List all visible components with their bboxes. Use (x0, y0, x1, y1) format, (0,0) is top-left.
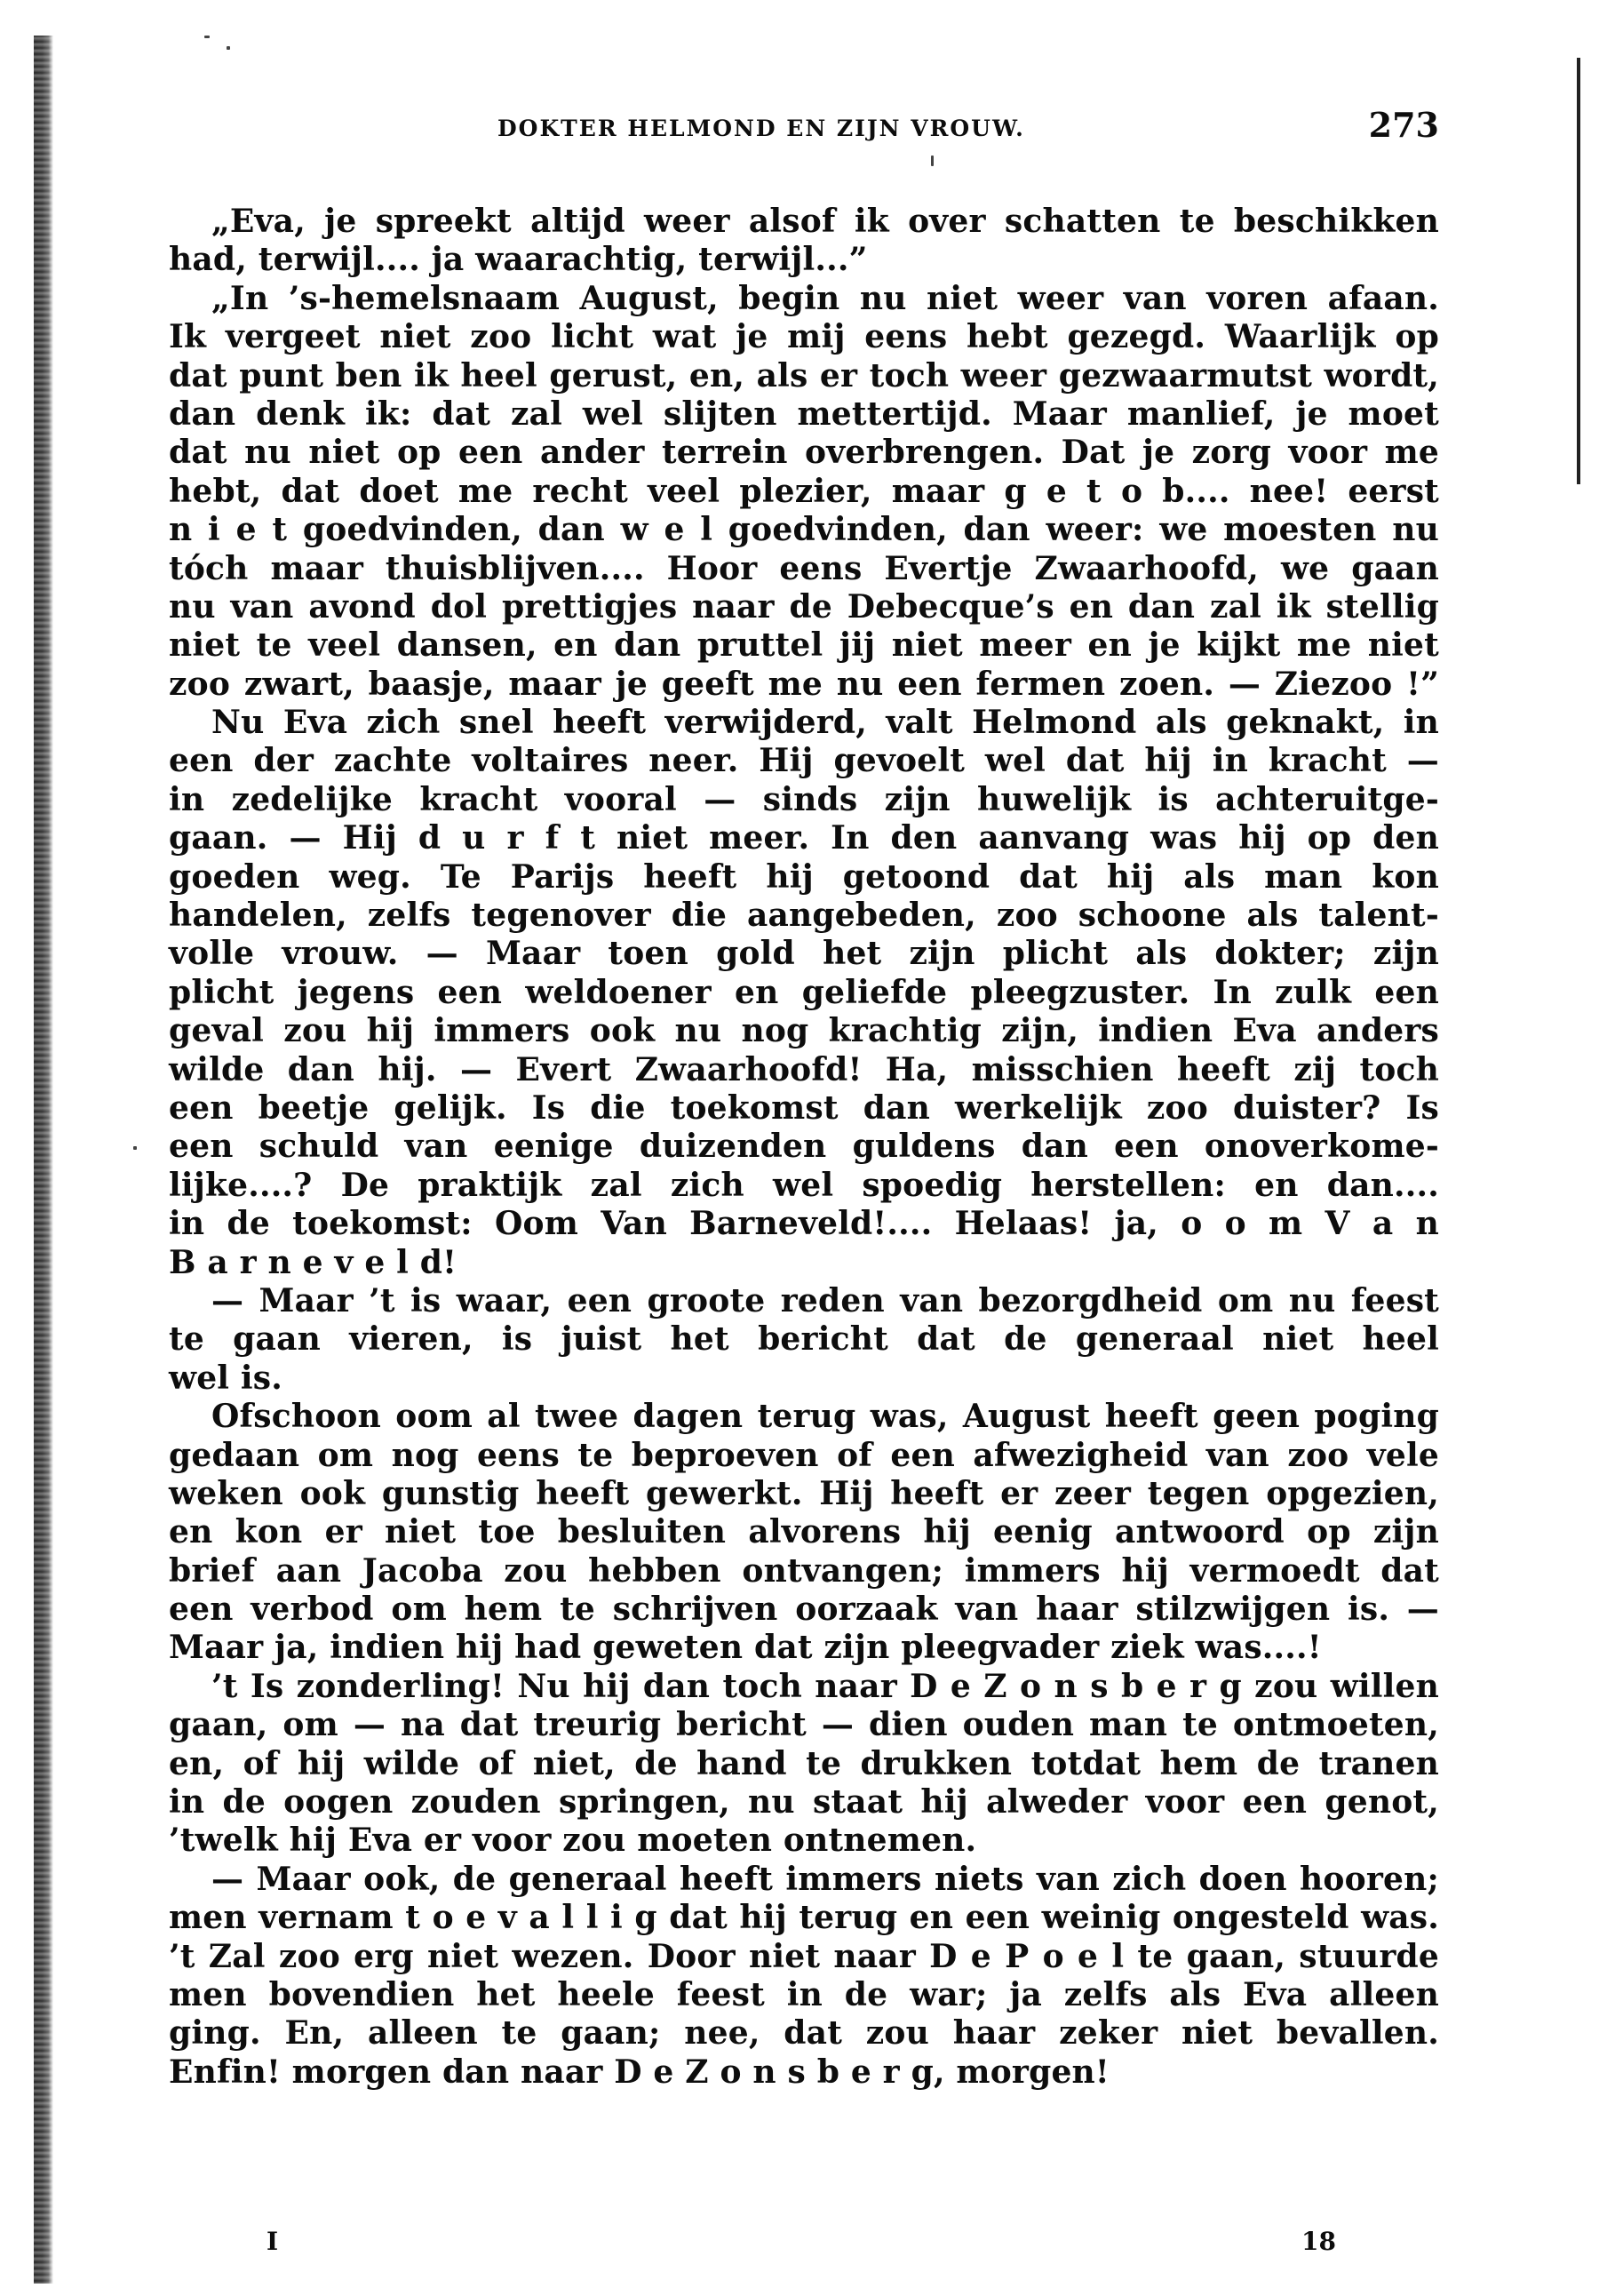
text-line: in zedelijke kracht vooral — sinds zijn … (169, 781, 1439, 819)
text-line: men bovendien het heele feest in de war;… (169, 1976, 1439, 2014)
text-line: en, of hij wilde of niet, de hand te dru… (169, 1745, 1439, 1783)
text-line: zoo zwart, baasje, maar je geeft me nu e… (169, 666, 1439, 704)
text-line: „In ’s-hemelsnaam August, begin nu niet … (169, 280, 1439, 318)
scan-speck (204, 36, 210, 38)
scan-speck (931, 155, 934, 166)
running-title: DOKTER HELMOND EN ZIJN VROUW. (497, 116, 1025, 141)
text-line: B a r n e v e l d! (169, 1244, 1439, 1282)
text-line: een verbod om hem te schrijven oorzaak v… (169, 1590, 1439, 1629)
text-line: te gaan vieren, is juist het bericht dat… (169, 1320, 1439, 1359)
text-line: volle vrouw. — Maar toen gold het zijn p… (169, 935, 1439, 973)
page-number: 273 (1369, 105, 1439, 145)
text-line: brief aan Jacoba zou hebben ontvangen; i… (169, 1552, 1439, 1590)
text-line: dat nu niet op een ander terrein overbre… (169, 434, 1439, 472)
text-line: plicht jegens een weldoener en geliefde … (169, 974, 1439, 1012)
text-line: lijke....? De praktijk zal zich wel spoe… (169, 1167, 1439, 1205)
text-line: gaan, om — na dat treurig bericht — dien… (169, 1706, 1439, 1744)
text-line: nu van avond dol prettigjes naar de Debe… (169, 588, 1439, 626)
scan-speck (227, 46, 230, 50)
text-line: Enfin! morgen dan naar D e Z o n s b e r… (169, 2053, 1439, 2092)
text-line: een beetje gelijk. Is die toekomst dan w… (169, 1089, 1439, 1128)
text-line: in de oogen zouden springen, nu staat hi… (169, 1783, 1439, 1822)
text-line: ’t Zal zoo erg niet wezen. Door niet naa… (169, 1938, 1439, 1976)
text-line: geval zou hij immers ook nu nog krachtig… (169, 1012, 1439, 1050)
text-line: „Eva, je spreekt altijd weer alsof ik ov… (169, 203, 1439, 241)
scan-speck (133, 1146, 137, 1150)
body-text: „Eva, je spreekt altijd weer alsof ik ov… (169, 203, 1439, 2092)
text-line: dan denk ik: dat zal wel slijten mettert… (169, 395, 1439, 434)
text-line: Ofschoon oom al twee dagen terug was, Au… (169, 1398, 1439, 1436)
sheet-number: 18 (1301, 2227, 1336, 2256)
text-line: — Maar ’t is waar, een groote reden van … (169, 1282, 1439, 1320)
text-line: in de toekomst: Oom Van Barneveld!.... H… (169, 1205, 1439, 1243)
text-line: men vernam t o e v a l l i g dat hij ter… (169, 1899, 1439, 1937)
text-line: had, terwijl.... ja waarachtig, terwijl.… (169, 241, 1439, 279)
text-line: goeden weg. Te Parijs heeft hij getoond … (169, 858, 1439, 897)
text-line: hebt, dat doet me recht veel plezier, ma… (169, 473, 1439, 511)
text-line: ’twelk hij Eva er voor zou moeten ontnem… (169, 1822, 1439, 1860)
scan-edge-right (1577, 58, 1580, 484)
text-line: wel is. (169, 1359, 1439, 1398)
text-line: een schuld van eenige duizenden guldens … (169, 1128, 1439, 1166)
text-line: handelen, zelfs tegenover die aangebeden… (169, 897, 1439, 935)
text-line: een der zachte voltaires neer. Hij gevoe… (169, 742, 1439, 780)
text-line: gaan. — Hij d u r f t niet meer. In den … (169, 819, 1439, 857)
text-line: ging. En, alleen te gaan; nee, dat zou h… (169, 2014, 1439, 2053)
text-line: n i e t goedvinden, dan w e l goedvinden… (169, 511, 1439, 549)
text-line: en kon er niet toe besluiten alvorens hi… (169, 1513, 1439, 1551)
text-line: wilde dan hij. — Evert Zwaarhoofd! Ha, m… (169, 1051, 1439, 1089)
text-line: dat punt ben ik heel gerust, en, als er … (169, 357, 1439, 395)
text-line: tóch maar thuisblijven.... Hoor eens Eve… (169, 550, 1439, 588)
page-header: DOKTER HELMOND EN ZIJN VROUW. 273 (169, 105, 1439, 149)
text-line: — Maar ook, de generaal heeft immers nie… (169, 1861, 1439, 1899)
text-line: ’t Is zonderling! Nu hij dan toch naar D… (169, 1668, 1439, 1706)
signature-mark: I (267, 2227, 278, 2256)
text-line: Ik vergeet niet zoo licht wat je mij een… (169, 318, 1439, 356)
text-line: niet te veel dansen, en dan pruttel jij … (169, 626, 1439, 665)
text-line: weken ook gunstig heeft gewerkt. Hij hee… (169, 1475, 1439, 1513)
scan-edge-left (34, 36, 53, 2284)
text-line: Maar ja, indien hij had geweten dat zijn… (169, 1629, 1439, 1667)
text-line: gedaan om nog eens te beproeven of een a… (169, 1437, 1439, 1475)
text-line: Nu Eva zich snel heeft verwijderd, valt … (169, 704, 1439, 742)
